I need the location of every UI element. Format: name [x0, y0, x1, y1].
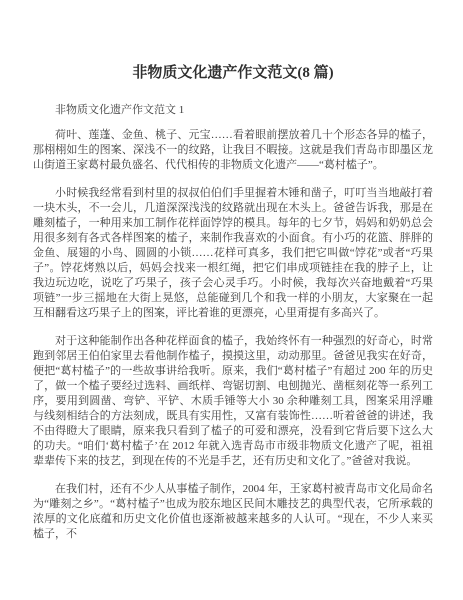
document-page: 非物质文化遗产作文范文(8 篇) 非物质文化遗产作文范文 1 荷叶、莲蓬、金鱼、… [0, 0, 463, 600]
document-title: 非物质文化遗产作文范文(8 篇) [33, 62, 433, 84]
paragraph-1: 荷叶、莲蓬、金鱼、桃子、元宝……看着眼前摆放着几十个形态各异的榼子，那栩栩如生的… [33, 128, 433, 173]
section-heading: 非物质文化遗产作文范文 1 [33, 103, 433, 118]
paragraph-3: 对于这种能制作出各种花样面食的榼子，我始终怀有一种强烈的好奇心，时常跑到邻居王伯… [33, 334, 433, 469]
paragraph-2: 小时候我经常看到村里的叔叔伯伯们手里握着木锤和凿子，叮叮当当地敲打着一块木头，不… [33, 186, 433, 321]
paragraph-4: 在我们村，还有不少人从事榼子制作，2004 年，王家葛村被青岛市文化局命名为“雕… [33, 482, 433, 542]
